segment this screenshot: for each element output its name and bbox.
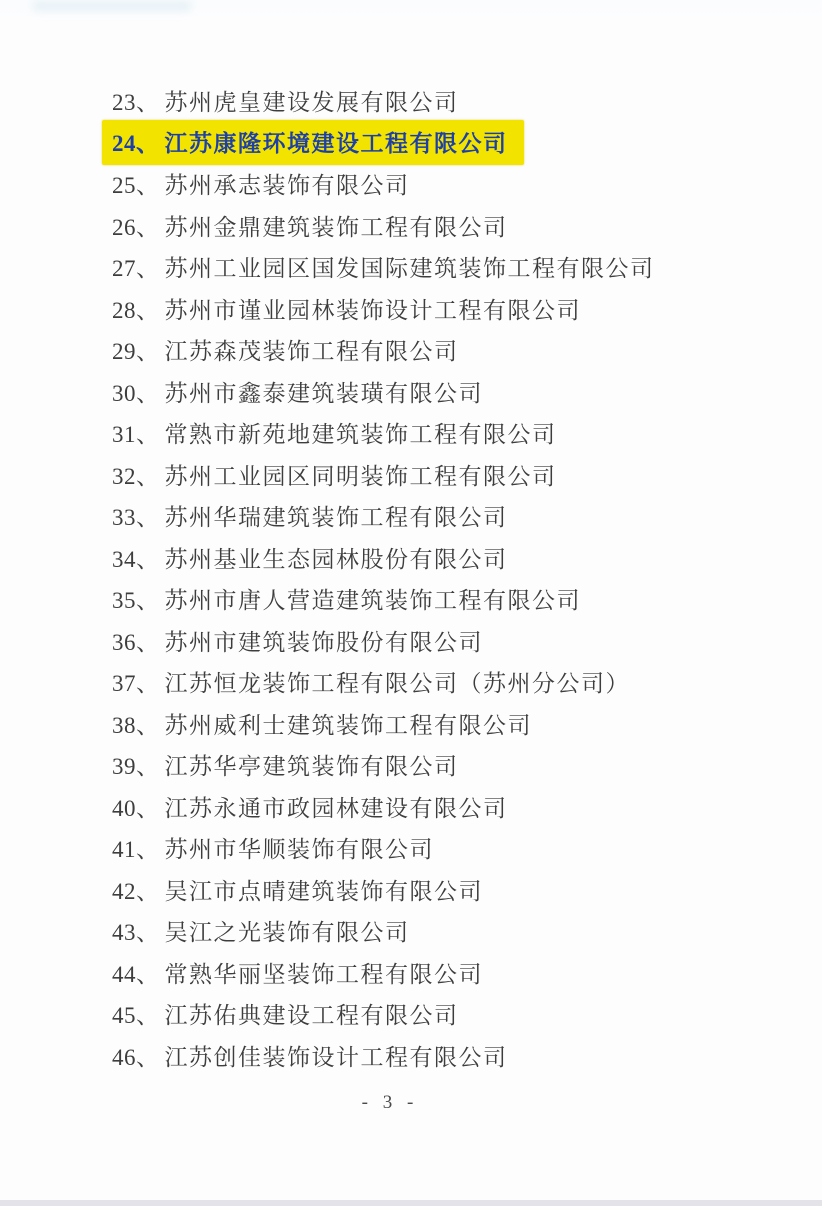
item-separator: 、 — [136, 790, 161, 823]
item-separator: 、 — [136, 624, 161, 657]
list-item: 28、苏州市谨业园林装饰设计工程有限公司 — [112, 288, 655, 330]
item-number: 35 — [112, 588, 136, 614]
item-separator: 、 — [136, 956, 161, 989]
company-name: 苏州市谨业园林装饰设计工程有限公司 — [165, 292, 582, 325]
item-number: 23 — [112, 90, 136, 116]
item-number: 45 — [112, 1003, 136, 1029]
item-number: 41 — [112, 837, 136, 863]
list-item: 39、江苏华亭建筑装饰有限公司 — [112, 744, 655, 786]
item-separator: 、 — [136, 416, 161, 449]
item-separator: 、 — [136, 125, 161, 158]
item-separator: 、 — [136, 292, 161, 325]
item-number: 43 — [112, 920, 136, 946]
list-item: 35、苏州市唐人营造建筑装饰工程有限公司 — [112, 578, 655, 620]
item-separator: 、 — [136, 665, 161, 698]
item-number: 28 — [112, 298, 136, 324]
company-name: 吴江之光装饰有限公司 — [165, 914, 410, 947]
company-name: 江苏森茂装饰工程有限公司 — [165, 333, 459, 366]
item-separator: 、 — [136, 873, 161, 906]
list-item-highlighted: 24、江苏康隆环境建设工程有限公司 — [112, 122, 655, 164]
scan-artifact-smudge — [32, 0, 192, 12]
list-item: 46、江苏创佳装饰设计工程有限公司 — [112, 1035, 655, 1077]
company-name: 江苏创佳装饰设计工程有限公司 — [165, 1039, 508, 1072]
item-separator: 、 — [136, 541, 161, 574]
company-name: 苏州威利士建筑装饰工程有限公司 — [165, 707, 533, 740]
item-separator: 、 — [136, 250, 161, 283]
company-name: 常熟市新苑地建筑装饰工程有限公司 — [165, 416, 557, 449]
company-name: 苏州基业生态园林股份有限公司 — [165, 541, 508, 574]
item-number: 40 — [112, 796, 136, 822]
item-separator: 、 — [136, 1039, 161, 1072]
company-name: 苏州工业园区国发国际建筑装饰工程有限公司 — [165, 250, 655, 283]
company-name: 江苏恒龙装饰工程有限公司（苏州分公司） — [165, 665, 631, 698]
company-name: 苏州虎皇建设发展有限公司 — [165, 84, 459, 117]
company-name: 苏州金鼎建筑装饰工程有限公司 — [165, 209, 508, 242]
list-item: 23、苏州虎皇建设发展有限公司 — [112, 80, 655, 122]
company-name: 吴江市点晴建筑装饰有限公司 — [165, 873, 484, 906]
item-separator: 、 — [136, 84, 161, 117]
item-number: 27 — [112, 256, 136, 282]
page-number: - 3 - — [320, 1092, 460, 1114]
list-item: 36、苏州市建筑装饰股份有限公司 — [112, 620, 655, 662]
company-name: 苏州市唐人营造建筑装饰工程有限公司 — [165, 582, 582, 615]
item-number: 30 — [112, 381, 136, 407]
company-name: 常熟华丽坚装饰工程有限公司 — [165, 956, 484, 989]
item-number: 44 — [112, 962, 136, 988]
list-item: 34、苏州基业生态园林股份有限公司 — [112, 537, 655, 579]
item-separator: 、 — [136, 209, 161, 242]
company-name: 苏州承志装饰有限公司 — [165, 167, 410, 200]
item-separator: 、 — [136, 707, 161, 740]
company-name: 苏州市鑫泰建筑装璜有限公司 — [165, 375, 484, 408]
item-number: 42 — [112, 879, 136, 905]
company-list: 23、苏州虎皇建设发展有限公司 24、江苏康隆环境建设工程有限公司 25、苏州承… — [112, 80, 655, 1076]
item-number: 32 — [112, 464, 136, 490]
company-name: 江苏华亭建筑装饰有限公司 — [165, 748, 459, 781]
document-page: 23、苏州虎皇建设发展有限公司 24、江苏康隆环境建设工程有限公司 25、苏州承… — [0, 0, 822, 1206]
company-name: 江苏康隆环境建设工程有限公司 — [165, 125, 508, 158]
item-number: 38 — [112, 713, 136, 739]
item-number: 25 — [112, 173, 136, 199]
list-item: 31、常熟市新苑地建筑装饰工程有限公司 — [112, 412, 655, 454]
item-separator: 、 — [136, 748, 161, 781]
item-number: 37 — [112, 671, 136, 697]
list-item: 30、苏州市鑫泰建筑装璜有限公司 — [112, 371, 655, 413]
company-name: 苏州工业园区同明装饰工程有限公司 — [165, 458, 557, 491]
company-name: 江苏永通市政园林建设有限公司 — [165, 790, 508, 823]
item-number: 24 — [112, 131, 136, 157]
item-separator: 、 — [136, 333, 161, 366]
list-item: 42、吴江市点晴建筑装饰有限公司 — [112, 869, 655, 911]
item-separator: 、 — [136, 458, 161, 491]
item-separator: 、 — [136, 914, 161, 947]
list-item: 43、吴江之光装饰有限公司 — [112, 910, 655, 952]
list-item: 40、江苏永通市政园林建设有限公司 — [112, 786, 655, 828]
item-separator: 、 — [136, 167, 161, 200]
page-bottom-edge — [0, 1200, 822, 1206]
item-number: 26 — [112, 215, 136, 241]
item-number: 46 — [112, 1045, 136, 1071]
item-separator: 、 — [136, 831, 161, 864]
item-number: 33 — [112, 505, 136, 531]
list-item: 25、苏州承志装饰有限公司 — [112, 163, 655, 205]
company-name: 江苏佑典建设工程有限公司 — [165, 997, 459, 1030]
list-item: 45、江苏佑典建设工程有限公司 — [112, 993, 655, 1035]
company-name: 苏州市建筑装饰股份有限公司 — [165, 624, 484, 657]
list-item: 26、苏州金鼎建筑装饰工程有限公司 — [112, 205, 655, 247]
item-separator: 、 — [136, 582, 161, 615]
item-number: 36 — [112, 630, 136, 656]
item-separator: 、 — [136, 375, 161, 408]
item-number: 34 — [112, 547, 136, 573]
list-item: 38、苏州威利士建筑装饰工程有限公司 — [112, 703, 655, 745]
list-item: 27、苏州工业园区国发国际建筑装饰工程有限公司 — [112, 246, 655, 288]
list-item: 41、苏州市华顺装饰有限公司 — [112, 827, 655, 869]
item-number: 31 — [112, 422, 136, 448]
list-item: 29、江苏森茂装饰工程有限公司 — [112, 329, 655, 371]
item-separator: 、 — [136, 499, 161, 532]
item-number: 39 — [112, 754, 136, 780]
list-item: 33、苏州华瑞建筑装饰工程有限公司 — [112, 495, 655, 537]
list-item: 32、苏州工业园区同明装饰工程有限公司 — [112, 454, 655, 496]
item-number: 29 — [112, 339, 136, 365]
list-item: 37、江苏恒龙装饰工程有限公司（苏州分公司） — [112, 661, 655, 703]
company-name: 苏州市华顺装饰有限公司 — [165, 831, 435, 864]
list-item: 44、常熟华丽坚装饰工程有限公司 — [112, 952, 655, 994]
company-name: 苏州华瑞建筑装饰工程有限公司 — [165, 499, 508, 532]
item-separator: 、 — [136, 997, 161, 1030]
